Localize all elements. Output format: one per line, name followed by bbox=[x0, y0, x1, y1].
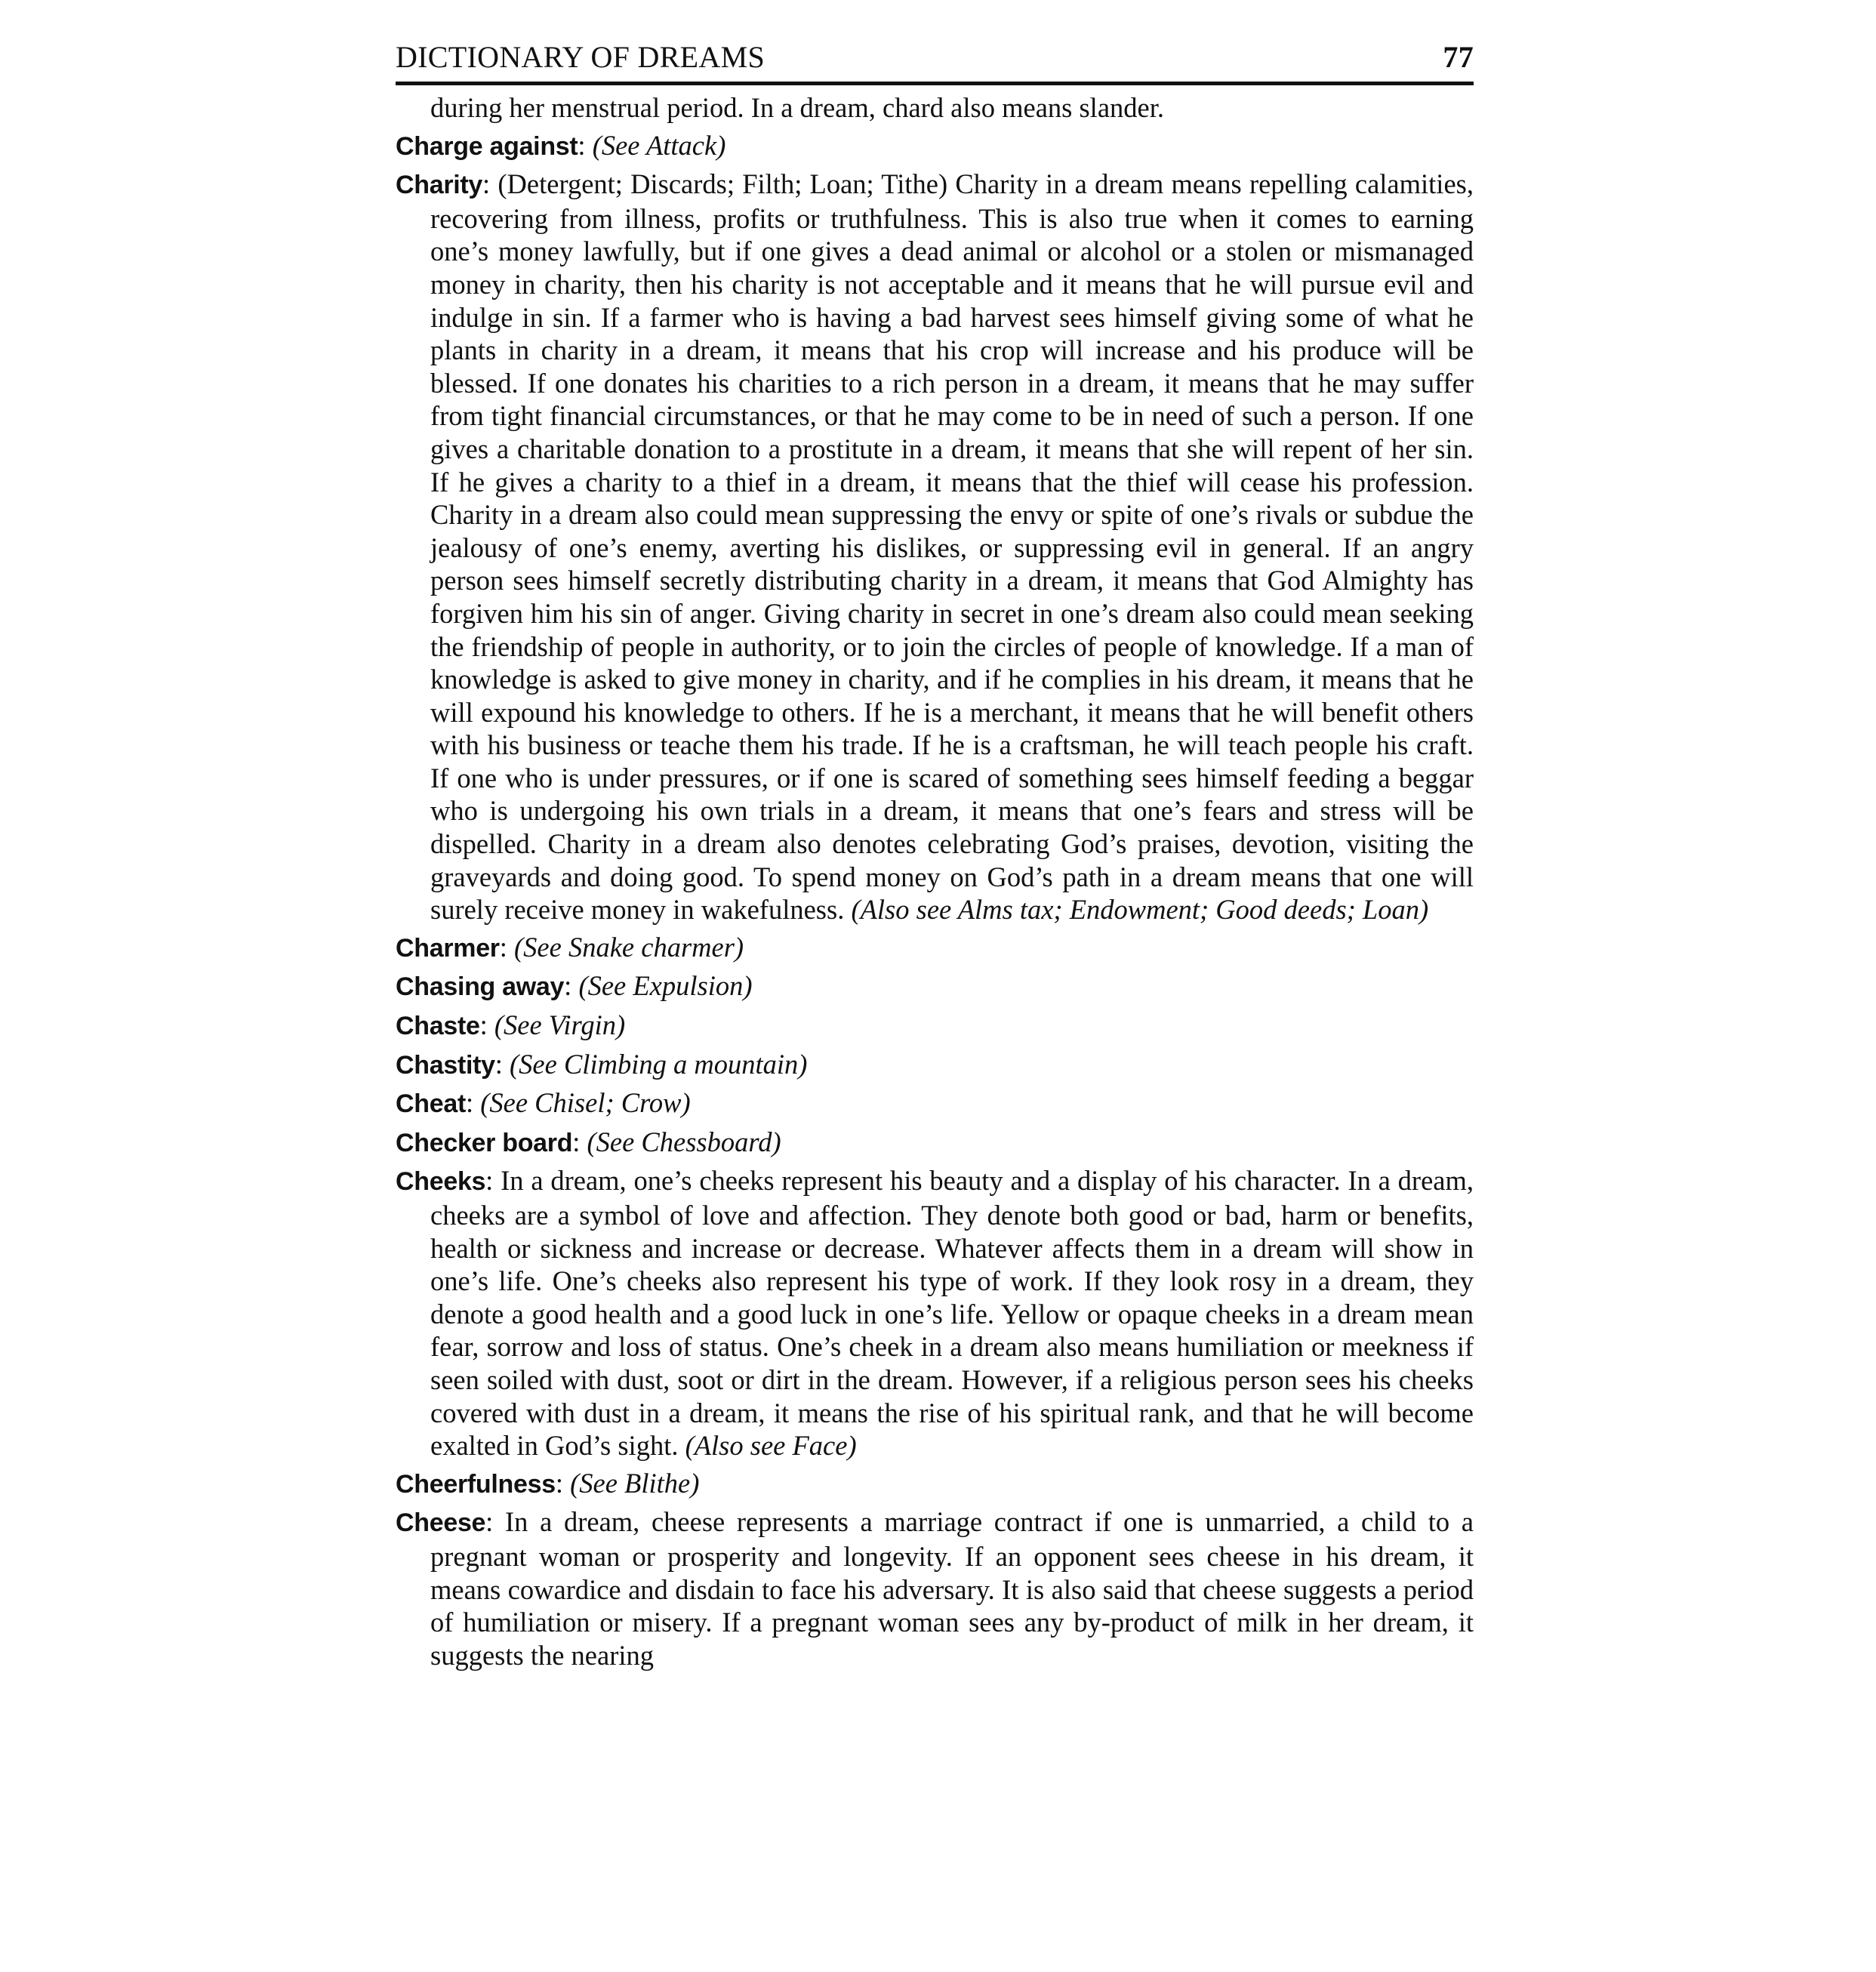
entry-cross-reference: (See Blithe) bbox=[570, 1468, 699, 1499]
running-head: DICTIONARY OF DREAMS 77 bbox=[396, 39, 1474, 85]
dictionary-entries: during her menstrual period. In a dream,… bbox=[396, 91, 1474, 1672]
entry-charmer: Charmer: (See Snake charmer) bbox=[396, 931, 1474, 966]
entry-cross-reference: (See Virgin) bbox=[494, 1009, 625, 1040]
entry-body: (Detergent; Discards; Filth; Loan; Tithe… bbox=[430, 168, 1474, 925]
entry-body: during her menstrual period. In a dream,… bbox=[430, 92, 1164, 123]
book-title: DICTIONARY OF DREAMS bbox=[396, 39, 765, 75]
entry-headword: Checker board bbox=[396, 1129, 572, 1157]
entry-headword: Cheat bbox=[396, 1089, 466, 1118]
entry-cheeks: Cheeks: In a dream, one’s cheeks represe… bbox=[396, 1164, 1474, 1462]
entry-cross-reference: (See Climbing a mountain) bbox=[510, 1049, 807, 1080]
entry-headword: Charmer bbox=[396, 934, 500, 963]
entry-charge-against: Charge against: (See Attack) bbox=[396, 129, 1474, 164]
entry-chaste: Chaste: (See Virgin) bbox=[396, 1009, 1474, 1043]
page-number: 77 bbox=[1443, 39, 1474, 75]
entry-cross-reference: (Also see Alms tax; Endowment; Good deed… bbox=[851, 894, 1428, 925]
entry-continuation: during her menstrual period. In a dream,… bbox=[396, 91, 1474, 125]
entry-cross-reference: (See Attack) bbox=[593, 130, 726, 161]
entry-charity: Charity: (Detergent; Discards; Filth; Lo… bbox=[396, 168, 1474, 926]
entry-headword: Cheese bbox=[396, 1508, 485, 1537]
entry-cheerfulness: Cheerfulness: (See Blithe) bbox=[396, 1467, 1474, 1502]
entry-cross-reference: (See Expulsion) bbox=[578, 970, 752, 1001]
entry-headword: Chaste bbox=[396, 1012, 480, 1040]
entry-headword: Charity bbox=[396, 171, 482, 199]
book-page: DICTIONARY OF DREAMS 77 during her menst… bbox=[396, 39, 1474, 1676]
entry-body: In a dream, one’s cheeks represent his b… bbox=[430, 1165, 1474, 1461]
entry-cross-reference: (Also see Face) bbox=[685, 1430, 857, 1461]
entry-cross-reference: (See Chessboard) bbox=[587, 1126, 781, 1157]
entry-cross-reference: (See Chisel; Crow) bbox=[480, 1087, 690, 1118]
entry-headword: Chastity bbox=[396, 1051, 495, 1080]
entry-headword: Chasing away bbox=[396, 972, 564, 1001]
entry-checker-board: Checker board: (See Chessboard) bbox=[396, 1126, 1474, 1160]
entry-headword: Cheeks bbox=[396, 1167, 485, 1196]
entry-cheat: Cheat: (See Chisel; Crow) bbox=[396, 1086, 1474, 1121]
entry-headword: Cheerfulness bbox=[396, 1470, 556, 1499]
entry-cross-reference: (See Snake charmer) bbox=[514, 932, 744, 963]
entry-chastity: Chastity: (See Climbing a mountain) bbox=[396, 1048, 1474, 1083]
entry-cheese: Cheese: In a dream, cheese represents a … bbox=[396, 1505, 1474, 1672]
entry-body: In a dream, cheese represents a marriage… bbox=[430, 1506, 1474, 1670]
entry-chasing-away: Chasing away: (See Expulsion) bbox=[396, 969, 1474, 1004]
entry-headword: Charge against bbox=[396, 132, 578, 161]
